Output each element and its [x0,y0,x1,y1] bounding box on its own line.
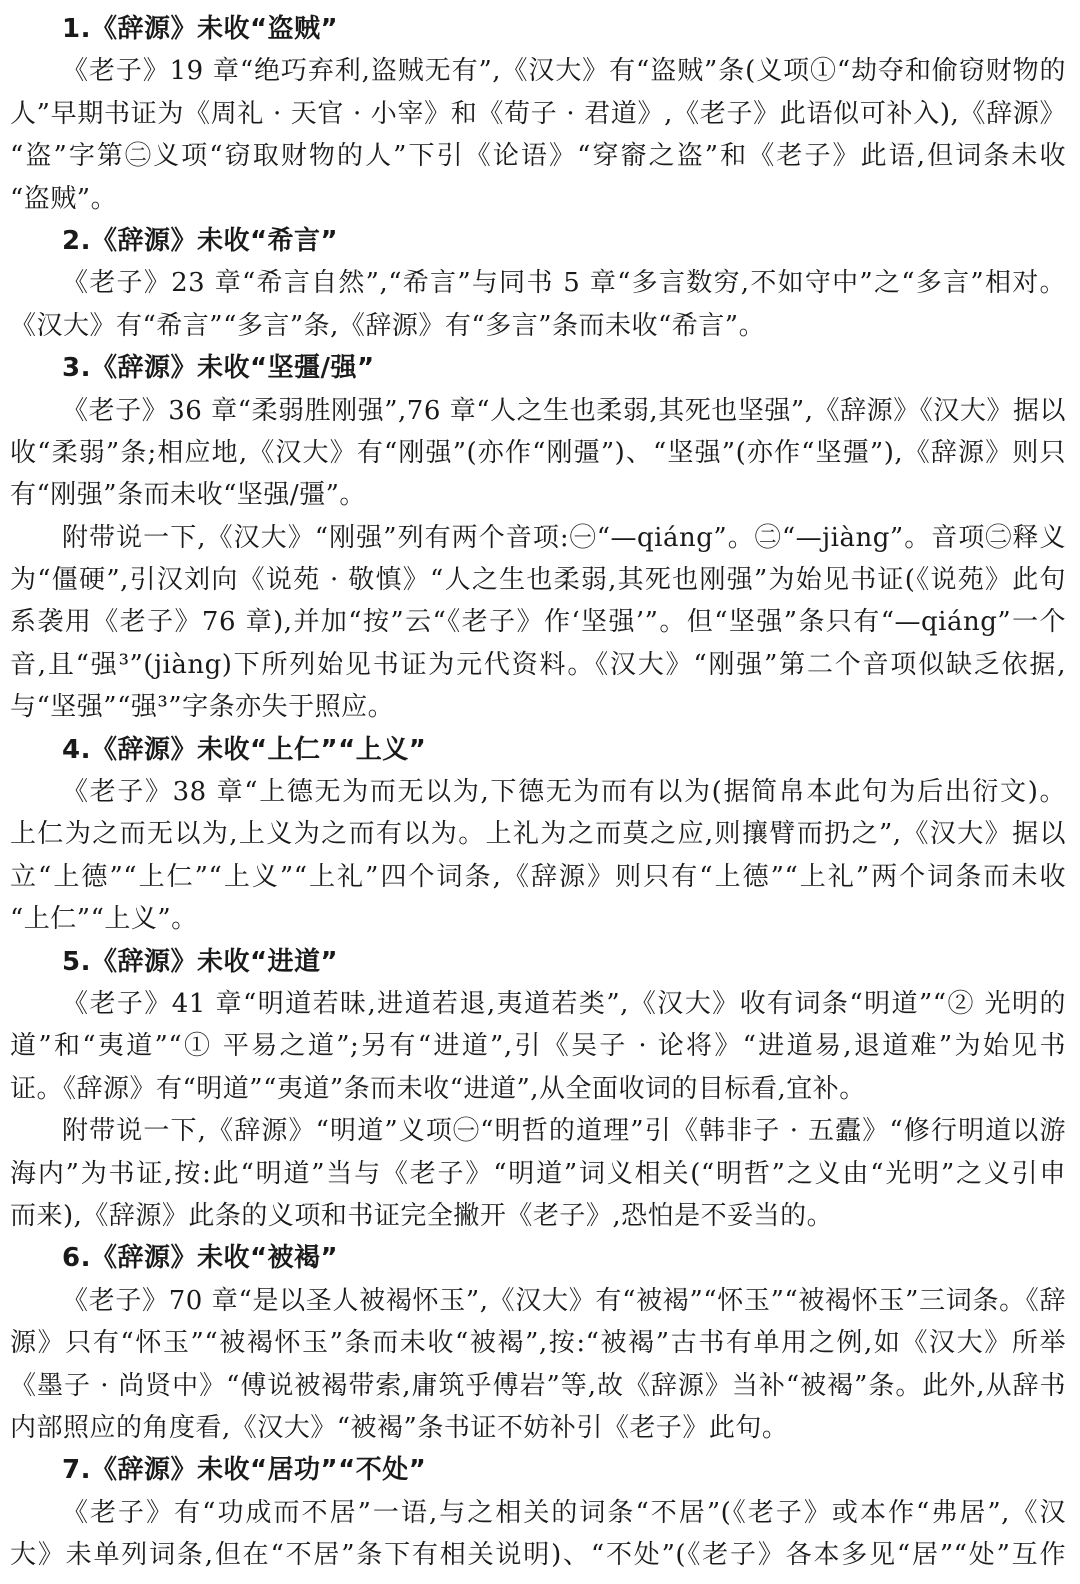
paragraph-line: 《老子》23 章“希言自然”,“希言”与同书 5 章“多言数穷,不如守中”之“多… [10,262,1066,304]
paragraph-line: 人”早期书证为《周礼 · 天官 · 小宰》和《荀子 · 君道》,《老子》此语似可… [10,93,1066,135]
paragraph-line: 源》只有“怀玉”“被褐怀玉”条而未收“被褐”,按:“被褐”古书有单用之例,如《汉… [10,1322,1066,1364]
paragraph-line: 《老子》70 章“是以圣人被褐怀玉”,《汉大》有“被褐”“怀玉”“被褐怀玉”三词… [10,1280,1066,1322]
section-heading-1: 1.《辞源》未收“盗贼” [10,8,1066,50]
paragraph-line: 《墨子 · 尚贤中》“傅说被褐带索,庸筑乎傅岩”等,故《辞源》当补“被褐”条。此… [10,1365,1066,1407]
paragraph-line: 内部照应的角度看,《汉大》“被褐”条书证不妨补引《老子》此句。 [10,1407,1066,1449]
paragraph-line: “盗”字第㊁义项“窃取财物的人”下引《论语》“穿窬之盗”和《老子》此语,但词条未… [10,135,1066,177]
paragraph-line: 道”和“夷道”“① 平易之道”;另有“进道”,引《吴子 · 论将》“进道易,退道… [10,1025,1066,1067]
paragraph-line: 系袭用《老子》76 章),并加“按”云“《老子》作‘坚强’”。但“坚强”条只有“… [10,601,1066,643]
paragraph-line: 上仁为之而无以为,上义为之而有以为。上礼为之而莫之应,则攘臂而扔之”,《汉大》据… [10,813,1066,855]
paragraph-line: 附带说一下,《汉大》“刚强”列有两个音项:㊀“—qiáng”。㊁“—jiàng”… [10,517,1066,559]
paragraph-line: 《老子》19 章“绝巧弃利,盗贼无有”,《汉大》有“盗贼”条(义项①“劫夺和偷窃… [10,50,1066,92]
section-heading-6: 6.《辞源》未收“被褐” [10,1237,1066,1279]
section-heading-2: 2.《辞源》未收“希言” [10,220,1066,262]
paragraph-line: 海内”为书证,按:此“明道”当与《老子》“明道”词义相关(“明哲”之义由“光明”… [10,1153,1066,1195]
document-page: 1.《辞源》未收“盗贼” 《老子》19 章“绝巧弃利,盗贼无有”,《汉大》有“盗… [0,0,1080,1576]
section-heading-4: 4.《辞源》未收“上仁”“上义” [10,729,1066,771]
paragraph-line: 与“坚强”“强³”字条亦失于照应。 [10,686,1066,728]
paragraph-line: 《老子》41 章“明道若昧,进道若退,夷道若类”,《汉大》收有词条“明道”“② … [10,983,1066,1025]
paragraph-line: 《老子》36 章“柔弱胜刚强”,76 章“人之生也柔弱,其死也坚强”,《辞源》《… [10,390,1066,432]
paragraph-line: 立“上德”“上仁”“上义”“上礼”四个词条,《辞源》则只有“上德”“上礼”两个词… [10,856,1066,898]
paragraph-line: 而来),《辞源》此条的义项和书证完全撇开《老子》,恐怕是不妥当的。 [10,1195,1066,1237]
paragraph-line: “盗贼”。 [10,178,1066,220]
paragraph-line: “上仁”“上义”。 [10,898,1066,940]
section-heading-7: 7.《辞源》未收“居功”“不处” [10,1449,1066,1491]
section-heading-3: 3.《辞源》未收“坚彊/强” [10,347,1066,389]
paragraph-line: 大》未单列词条,但在“不居”条下有相关说明)、“不处”(《老子》各本多见“居”“… [10,1534,1066,1576]
paragraph-line: 证。《辞源》有“明道”“夷道”条而未收“进道”,从全面收词的目标看,宜补。 [10,1068,1066,1110]
paragraph-line: 《汉大》有“希言”“多言”条,《辞源》有“多言”条而未收“希言”。 [10,305,1066,347]
paragraph-line: 附带说一下,《辞源》“明道”义项㊀“明哲的道理”引《韩非子 · 五蠹》“修行明道… [10,1110,1066,1152]
paragraph-line: 有“刚强”条而未收“坚强/彊”。 [10,474,1066,516]
section-heading-5: 5.《辞源》未收“进道” [10,941,1066,983]
paragraph-line: 《老子》38 章“上德无为而无以为,下德无为而有以为(据简帛本此句为后出衍文)。 [10,771,1066,813]
paragraph-line: 《老子》有“功成而不居”一语,与之相关的词条“不居”(《老子》或本作“弗居”,《… [10,1492,1066,1534]
paragraph-line: 为“僵硬”,引汉刘向《说苑 · 敬慎》“人之生也柔弱,其死也刚强”为始见书证(《… [10,559,1066,601]
paragraph-line: 音,且“强³”(jiàng)下所列始见书证为元代资料。《汉大》“刚强”第二个音项… [10,644,1066,686]
paragraph-line: 收“柔弱”条;相应地,《汉大》有“刚强”(亦作“刚彊”)、“坚强”(亦作“坚彊”… [10,432,1066,474]
